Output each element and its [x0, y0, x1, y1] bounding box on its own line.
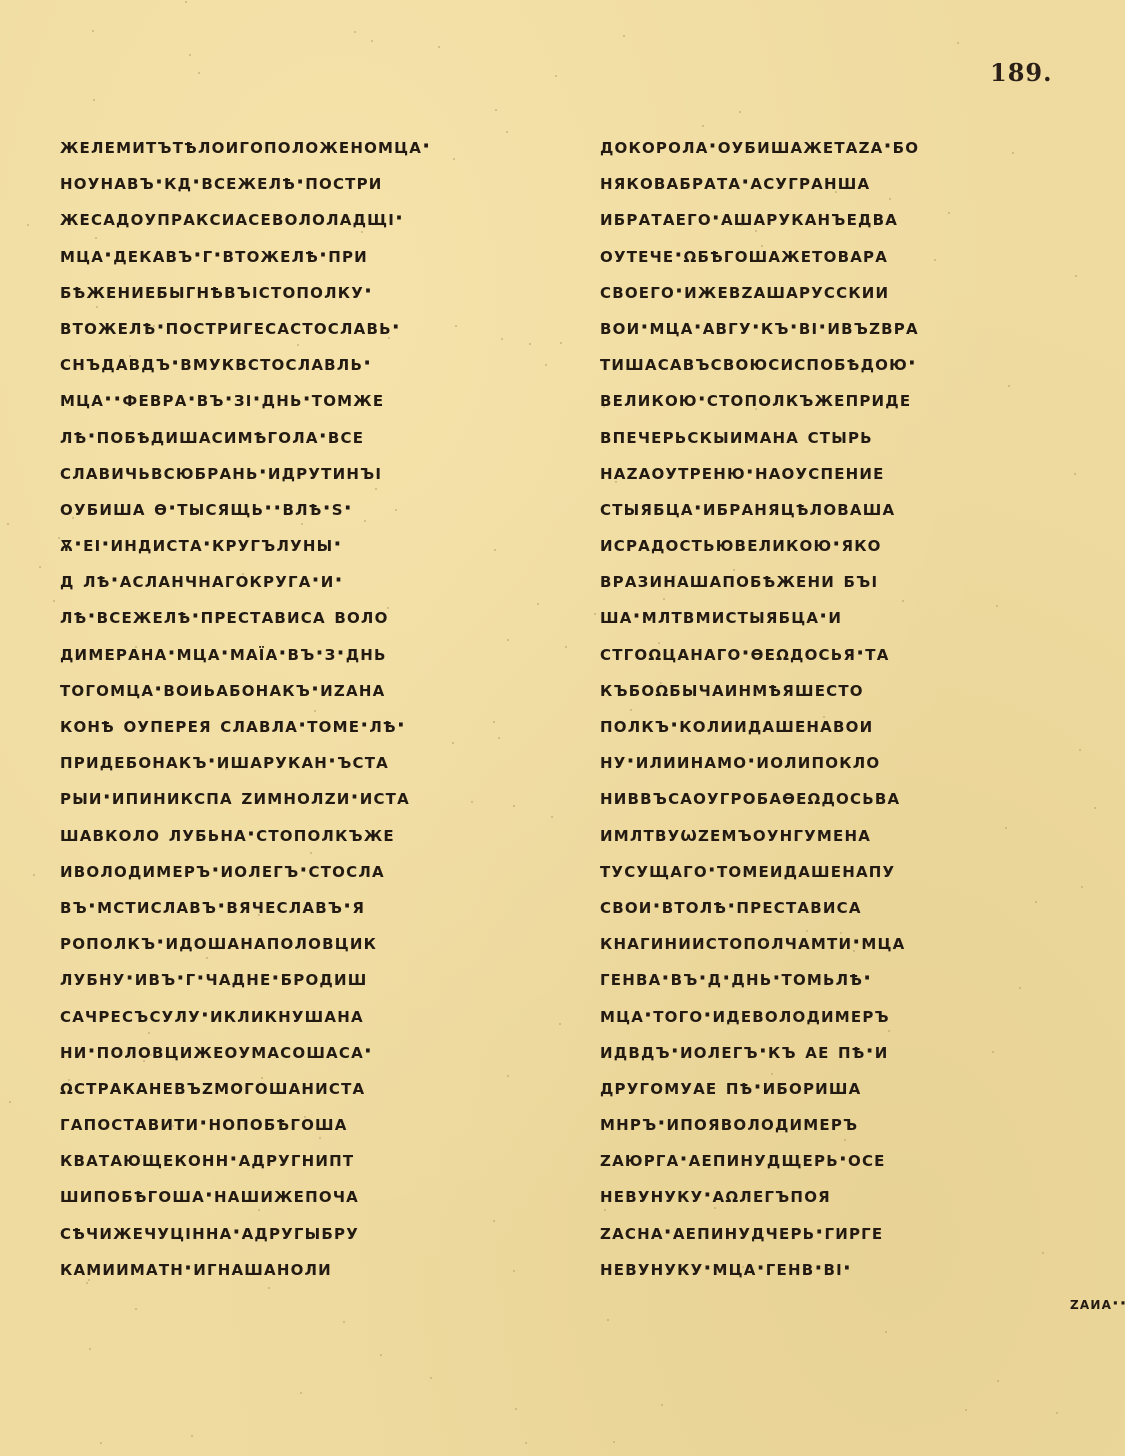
paper-speck	[452, 742, 454, 744]
paper-speck	[658, 642, 660, 644]
manuscript-line: гапоставити·нопобѣгоша	[60, 1105, 590, 1141]
paper-speck	[198, 72, 200, 74]
paper-speck	[297, 344, 299, 346]
manuscript-line: генва·въ·д·днь·томьлѣ·	[600, 960, 1100, 996]
paper-speck	[674, 575, 676, 577]
paper-speck	[93, 99, 95, 101]
paper-speck	[678, 584, 680, 586]
paper-speck	[301, 523, 303, 525]
paper-speck	[7, 523, 9, 525]
paper-speck	[135, 646, 137, 648]
paper-speck	[100, 1442, 102, 1444]
paper-speck	[741, 224, 743, 226]
manuscript-line: сѣчижечуцінна·адругыбру	[60, 1214, 590, 1250]
page-number: 189.	[990, 58, 1052, 87]
paper-speck	[33, 874, 35, 876]
paper-speck	[594, 613, 596, 615]
manuscript-line: невунуку·аωлегъпоя	[600, 1177, 1100, 1213]
manuscript-line: рополкъ·идошанаполовцик	[60, 924, 590, 960]
manuscript-line: ну·илиинамо·иолипокло	[600, 743, 1100, 779]
manuscript-line: вразинашапобѣжени бъі	[600, 562, 1100, 598]
paper-speck	[853, 950, 855, 952]
paper-speck	[997, 1380, 999, 1382]
manuscript-line: великою·стополкъжеприде	[600, 381, 1100, 417]
paper-speck	[1081, 886, 1083, 888]
paper-speck	[86, 1282, 88, 1284]
manuscript-line: рыи·ипиникспа zимнолzи·иста	[60, 779, 590, 815]
paper-speck	[545, 364, 547, 366]
manuscript-line: кватающеконн·адругнипт	[60, 1141, 590, 1177]
manuscript-line: ноунавъ·кд·всежелѣ·постри	[60, 164, 590, 200]
manuscript-line: имлтвуѡzемъоунгумена	[600, 816, 1100, 852]
manuscript-line: стгоωцанаго·ѳеωдосья·та	[600, 635, 1100, 671]
paper-speck	[150, 1054, 152, 1056]
paper-speck	[185, 1, 187, 3]
paper-speck	[525, 1442, 527, 1444]
paper-speck	[604, 1209, 606, 1211]
paper-speck	[515, 1408, 517, 1410]
paper-speck	[661, 1404, 663, 1406]
manuscript-line: тогомца·воиьабонакъ·иzана	[60, 671, 590, 707]
manuscript-line: д лѣ·асланчнагокруга·и·	[60, 562, 590, 598]
manuscript-line: ωстраканевъzмогошаниста	[60, 1069, 590, 1105]
paper-speck	[603, 406, 605, 408]
paper-speck	[68, 1079, 70, 1081]
manuscript-line: конѣ оуперея славла·томе·лѣ·	[60, 707, 590, 743]
paper-speck	[371, 40, 373, 42]
paper-speck	[714, 1207, 716, 1209]
paper-speck	[395, 509, 397, 511]
paper-speck	[242, 573, 244, 575]
manuscript-line: мца··февра·въ·зі·днь·томже	[60, 381, 590, 417]
manuscript-line: славичьвсюбрань·идрутинъі	[60, 454, 590, 490]
manuscript-line: въ·мстиславъ·вячеславъ·я	[60, 888, 590, 924]
manuscript-line: стыябца·ибраняцѣловаша	[600, 490, 1100, 526]
manuscript-line: наzаоутреню·наоуспение	[600, 454, 1100, 490]
paper-speck	[992, 1051, 994, 1053]
manuscript-line: ѫ·еі·индиста·кругълуны·	[60, 526, 590, 562]
paper-speck	[9, 1101, 11, 1103]
paper-speck	[268, 1287, 270, 1289]
paper-speck	[304, 1116, 306, 1118]
paper-speck	[143, 1060, 145, 1062]
manuscript-line: втожелѣ·постригесастославь·	[60, 309, 590, 345]
manuscript-line: исрадостьювеликою·яко	[600, 526, 1100, 562]
paper-speck	[739, 111, 741, 113]
paper-speck	[319, 1137, 321, 1139]
paper-speck	[844, 1139, 846, 1141]
paper-speck	[1019, 987, 1021, 989]
paper-speck	[615, 481, 617, 483]
paper-speck	[663, 598, 665, 600]
paper-speck	[1035, 901, 1037, 903]
manuscript-line: оутече·ωбѣгошажетовара	[600, 237, 1100, 273]
manuscript-line: ниввъсаоугробаѳеωдосьва	[600, 779, 1100, 815]
manuscript-line: мнръ·ипояволодимеръ	[600, 1105, 1100, 1141]
paper-speck	[493, 1220, 495, 1222]
paper-speck	[506, 131, 508, 133]
paper-speck	[806, 930, 808, 932]
paper-speck	[965, 1409, 967, 1411]
manuscript-line: къбоωбычаинмѣяшесто	[600, 671, 1100, 707]
paper-speck	[495, 109, 497, 111]
paper-speck	[761, 245, 763, 247]
paper-speck	[129, 355, 131, 357]
paper-speck	[148, 1032, 150, 1034]
paper-speck	[387, 607, 389, 609]
manuscript-line: другомуае пѣ·иборишa	[600, 1069, 1100, 1105]
paper-speck	[380, 1354, 382, 1356]
manuscript-line: оубиша ѳ·тысящь··влѣ·ѕ·	[60, 490, 590, 526]
paper-speck	[191, 1435, 193, 1437]
manuscript-line: шавколо лубьна·стополкъже	[60, 816, 590, 852]
manuscript-column-right: докорола·оубишажетаzа·боняковабрата·асуг…	[600, 128, 1100, 1322]
paper-speck	[1074, 473, 1076, 475]
manuscript-line: кнагиниистополчамти·мца	[600, 924, 1100, 960]
paper-speck	[259, 431, 261, 433]
manuscript-line: иволодимеръ·иолегъ·стосла	[60, 852, 590, 888]
paper-speck	[258, 914, 260, 916]
paper-speck	[513, 805, 515, 807]
paper-speck	[88, 1279, 90, 1281]
paper-speck	[258, 1209, 260, 1211]
manuscript-line: лѣ·побѣдишасимѣгола·все	[60, 418, 590, 454]
paper-speck	[27, 224, 29, 226]
manuscript-line: шипобѣгоша·нашижепочa	[60, 1177, 590, 1213]
paper-speck	[343, 1321, 345, 1323]
paper-speck	[493, 721, 495, 723]
manuscript-line: ша·млтвмистыябца·и	[600, 598, 1100, 634]
paper-speck	[53, 600, 55, 602]
paper-speck	[140, 1154, 142, 1156]
manuscript-line: бѣжениебыгнѣвъістополку·	[60, 273, 590, 309]
paper-speck	[560, 342, 562, 344]
paper-speck	[314, 710, 316, 712]
paper-speck	[453, 158, 455, 160]
paper-speck	[613, 1441, 615, 1443]
paper-speck	[172, 1125, 174, 1127]
paper-speck	[310, 852, 312, 854]
paper-speck	[72, 517, 74, 519]
manuscript-column-left: желемитътѣлоигоположеномца·ноунавъ·кд·вс…	[60, 128, 590, 1286]
paper-speck	[1005, 827, 1007, 829]
manuscript-line: камииматн·игнашаноли	[60, 1250, 590, 1286]
paper-speck	[96, 306, 98, 308]
paper-speck	[153, 325, 155, 327]
paper-speck	[364, 520, 366, 522]
paper-speck	[206, 957, 208, 959]
paper-speck	[95, 237, 97, 239]
paper-speck	[39, 566, 41, 568]
paper-speck	[1042, 1252, 1044, 1254]
manuscript-line: вои·мца·авгу·къ·ві·ивъzвра	[600, 309, 1100, 345]
paper-speck	[835, 191, 837, 193]
paper-speck	[888, 1030, 890, 1032]
manuscript-line: сачресъсулу·икликнушана	[60, 997, 590, 1033]
paper-speck	[934, 259, 936, 261]
paper-speck	[840, 932, 842, 934]
manuscript-line: свои·втолѣ·престависа	[600, 888, 1100, 924]
paper-speck	[375, 488, 377, 490]
paper-speck	[261, 1077, 263, 1079]
paper-speck	[455, 325, 457, 327]
paper-speck	[89, 1348, 91, 1350]
paper-speck	[1094, 807, 1096, 809]
manuscript-line: тишасавъсвоюсиспобѣдою·	[600, 345, 1100, 381]
paper-speck	[361, 231, 363, 233]
paper-speck	[209, 442, 211, 444]
paper-speck	[957, 42, 959, 44]
paper-speck	[902, 600, 904, 602]
manuscript-line: димерана·мца·маїа·въ·з·днь	[60, 635, 590, 671]
manuscript-line: докорола·оубишажетаzа·бо	[600, 128, 1100, 164]
paper-speck	[507, 639, 509, 641]
paper-speck	[744, 726, 746, 728]
paper-speck	[225, 768, 227, 770]
manuscript-line: zасна·аепинудчерь·гирге	[600, 1214, 1100, 1250]
paper-speck	[430, 1377, 432, 1379]
paper-speck	[498, 737, 500, 739]
manuscript-line: zаюрга·аепинудщерь·осе	[600, 1141, 1100, 1177]
manuscript-line: снъдавдъ·вмуквстославль·	[60, 345, 590, 381]
paper-speck	[388, 337, 390, 339]
paper-speck	[551, 816, 553, 818]
paper-speck	[885, 1331, 887, 1333]
paper-speck	[529, 343, 531, 345]
paper-speck	[507, 1075, 509, 1077]
manuscript-line: желемитътѣлоигоположеномца·	[60, 128, 590, 164]
paper-speck	[438, 46, 440, 48]
paper-speck	[889, 198, 891, 200]
paper-speck	[742, 1266, 744, 1268]
manuscript-line: мца·того·идеволодимеръ	[600, 997, 1100, 1033]
manuscript-line: своего·ижевzашарусскии	[600, 273, 1100, 309]
paper-speck	[766, 941, 768, 943]
paper-speck	[559, 1023, 561, 1025]
paper-speck	[948, 212, 950, 214]
paper-speck	[795, 1015, 797, 1017]
manuscript-line: полкъ·колиидашенавои	[600, 707, 1100, 743]
manuscript-line: няковабрата·асугранша	[600, 164, 1100, 200]
manuscript-line: жесадоупраксиасевололадщі·	[60, 200, 590, 236]
paper-speck	[623, 35, 625, 37]
paper-speck	[501, 338, 503, 340]
manuscript-line: придебонакъ·ишарукан·ъста	[60, 743, 590, 779]
paper-speck	[733, 569, 735, 571]
paper-speck	[1079, 749, 1081, 751]
paper-speck	[58, 537, 60, 539]
manuscript-line: тусущаго·томеидашенапу	[600, 852, 1100, 888]
paper-speck	[189, 54, 191, 56]
manuscript-line: лѣ·всежелѣ·престависа воло	[60, 598, 590, 634]
paper-speck	[471, 801, 473, 803]
paper-speck	[310, 513, 312, 515]
manuscript-line: впечерьскыимана стырь	[600, 418, 1100, 454]
manuscript-line: невунуку·мца·генв·ві·	[600, 1250, 1100, 1286]
paper-speck	[1075, 275, 1077, 277]
manuscript-line: ни·половцижеоумасошаса·	[60, 1033, 590, 1069]
paper-speck	[92, 30, 94, 32]
paper-speck	[660, 682, 662, 684]
paper-speck	[702, 125, 704, 127]
paper-speck	[537, 603, 539, 605]
manuscript-line: лубну·ивъ·г·чадне·бродиш	[60, 960, 590, 996]
paper-speck	[630, 709, 632, 711]
paper-speck	[1012, 152, 1014, 154]
manuscript-line: мца·декавъ·г·втожелѣ·при	[60, 237, 590, 273]
paper-speck	[755, 408, 757, 410]
paper-speck	[823, 716, 825, 718]
paper-speck	[354, 31, 356, 33]
paper-speck	[755, 230, 757, 232]
paper-speck	[135, 1308, 137, 1310]
paper-speck	[771, 1073, 773, 1075]
paper-speck	[513, 1270, 515, 1272]
paper-speck	[607, 1319, 609, 1321]
paper-speck	[1056, 1412, 1058, 1414]
manuscript-line: идвдъ·иолегъ·къ ае пѣ·и	[600, 1033, 1100, 1069]
paper-speck	[300, 1392, 302, 1394]
paper-speck	[555, 75, 557, 77]
manuscript-line: ибратаего·ашаруканъедва	[600, 200, 1100, 236]
paper-speck	[494, 549, 496, 551]
paper-speck	[1008, 385, 1010, 387]
paper-speck	[565, 646, 567, 648]
manuscript-line-tail: zаиа··	[600, 1286, 1100, 1322]
paper-speck	[996, 605, 998, 607]
